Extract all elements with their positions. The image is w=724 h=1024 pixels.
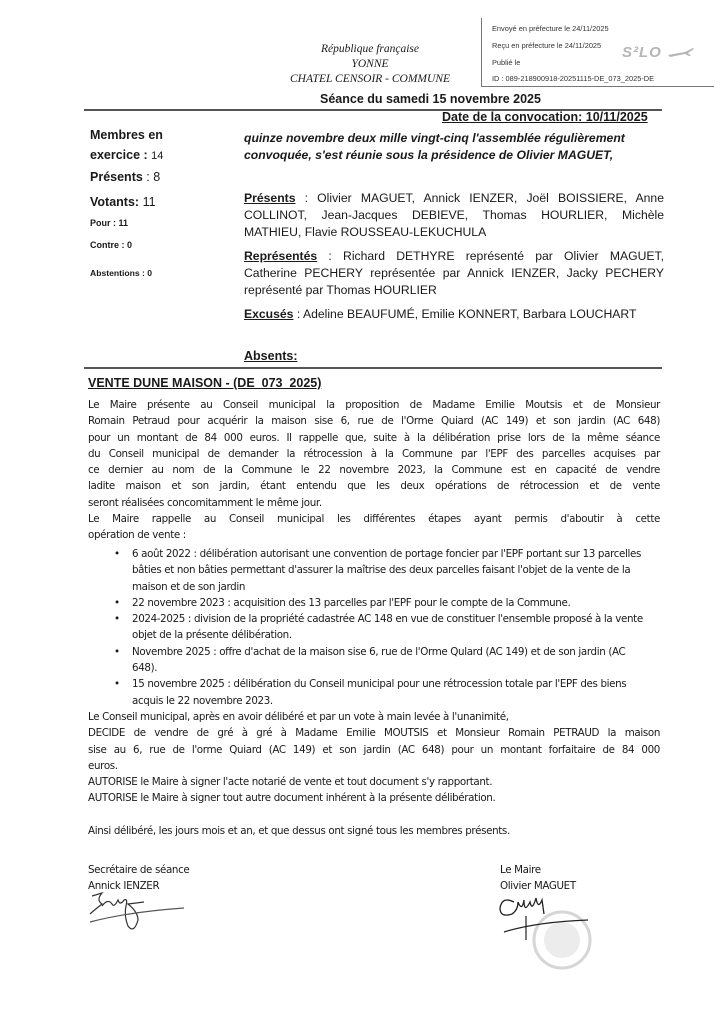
paragraph-last-line: seront réalisées concomitamment le même … [88, 495, 660, 511]
stamp-sent: Envoyé en préfecture le 24/11/2025 [492, 24, 609, 33]
step-item: 6 août 2022 : délibération autorisant un… [118, 546, 648, 595]
membres-label: Membres en [90, 128, 163, 142]
republic-label: République française [270, 42, 470, 57]
step-item: 15 novembre 2025 : délibération du Conse… [118, 676, 648, 709]
votants-label: Votants: [90, 195, 139, 209]
presents-count-value: : 8 [146, 170, 160, 184]
deliberation-title: VENTE DUNE MAISON - (DE 073 2025) [88, 376, 321, 390]
autorise-line: AUTORISE le Maire à signer l'acte notari… [88, 774, 660, 790]
step-item: Novembre 2025 : offre d'achat de la mais… [118, 644, 648, 677]
steps-list: 6 août 2022 : délibération autorisant un… [118, 546, 648, 709]
votants-row: Votants: 11 [90, 195, 156, 209]
step-item: 2024-2025 : division de la propriété cad… [118, 611, 648, 644]
membres-text: Membres en [90, 128, 163, 142]
excuses-list: : Adeline BEAUFUMÉ, Emilie KONNERT, Barb… [293, 307, 636, 321]
representes-paragraph: Représentés : Richard DETHYRE représenté… [244, 248, 664, 299]
decide-line: euros. [88, 758, 660, 774]
abstentions-count: Abstentions : 0 [90, 268, 152, 278]
convocation-date: Date de la convocation: 10/11/2025 [442, 110, 648, 124]
excuses-label: Excusés [244, 307, 293, 321]
paragraph-lines: Le Maire présente au Conseil municipal l… [88, 397, 660, 495]
mayor-role: Le Maire [500, 862, 576, 878]
presents-count-row: Présents : 8 [90, 170, 160, 184]
exercice-row: exercice : 14 [90, 148, 163, 162]
absents-label: Absents: [244, 349, 297, 363]
mayor-signature-block: Le Maire Olivier MAGUET [500, 862, 576, 894]
paragraph-line: ce dernier au nom de la Commune le 22 no… [88, 462, 660, 478]
header-block: République française YONNE CHATEL CENSOI… [270, 42, 470, 87]
presents-label: Présents [244, 191, 296, 205]
prefecture-stamp: Envoyé en préfecture le 24/11/2025 Reçu … [481, 18, 714, 87]
seance-title: Séance du samedi 15 novembre 2025 [320, 92, 541, 106]
presents-list: : Olivier MAGUET, Annick IENZER, Joël BO… [244, 191, 664, 239]
secretary-signature-icon [88, 890, 188, 932]
stamp-received: Reçu en préfecture le 24/11/2025 [492, 41, 601, 50]
decide-line: sise au 6, rue de l'orme Quiard (AC 149)… [88, 742, 660, 758]
paragraph-line: du Conseil municipal de demander la rétr… [88, 446, 660, 462]
deliberation-paragraph-1: Le Maire présente au Conseil municipal l… [88, 397, 660, 511]
decide-line: DECIDE de vendre de gré à gré à Madame E… [88, 725, 660, 741]
excuses-paragraph: Excusés : Adeline BEAUFUMÉ, Emilie KONNE… [244, 306, 664, 323]
vote-line: Le Conseil municipal, après en avoir dél… [88, 709, 660, 725]
plane-icon [667, 47, 695, 59]
exercice-value: 14 [151, 150, 163, 162]
contre-count: Contre : 0 [90, 240, 132, 250]
paragraph-line: Le Maire rappelle au Conseil municipal l… [88, 511, 660, 527]
deliberation-paragraph-2: Le Maire rappelle au Conseil municipal l… [88, 511, 660, 544]
decision-block: Le Conseil municipal, après en avoir dél… [88, 709, 660, 839]
step-item: 22 novembre 2023 : acquisition des 13 pa… [118, 595, 648, 611]
paragraph-line: opération de vente : [88, 527, 660, 543]
representes-label: Représentés [244, 249, 317, 263]
closing-line: Ainsi délibéré, les jours mois et an, et… [88, 823, 660, 839]
stamp-published: Publié le [492, 58, 520, 67]
exercice-label: exercice : [90, 148, 148, 162]
paragraph-line: Le Maire présente au Conseil municipal l… [88, 397, 660, 413]
s2lo-logo: S²LO [622, 44, 695, 61]
presents-count-label: Présents [90, 170, 143, 184]
pour-count: Pour : 11 [90, 218, 128, 228]
s2lo-logo-text: S²LO [622, 44, 662, 61]
presents-paragraph: Présents : Olivier MAGUET, Annick IENZER… [244, 190, 664, 241]
commune-label: CHATEL CENSOIR - COMMUNE [270, 72, 470, 87]
stamp-id: ID : 089-218900918-20251115-DE_073_2025-… [492, 74, 654, 83]
divider [84, 367, 662, 369]
department-label: YONNE [270, 57, 470, 72]
autorise-line: AUTORISE le Maire à signer tout autre do… [88, 790, 660, 806]
mayor-signature-icon [496, 892, 606, 982]
paragraph-line: ladite maison et son jardin, étant enten… [88, 478, 660, 494]
votants-value: 11 [143, 195, 156, 209]
paragraph-line: pour un montant de 84 000 euros. Il rapp… [88, 430, 660, 446]
assembly-intro: quinze novembre deux mille vingt-cinq l'… [244, 130, 664, 164]
secretary-role: Secrétaire de séance [88, 862, 189, 878]
paragraph-line: Romain Petraud pour acquérir la maison s… [88, 413, 660, 429]
